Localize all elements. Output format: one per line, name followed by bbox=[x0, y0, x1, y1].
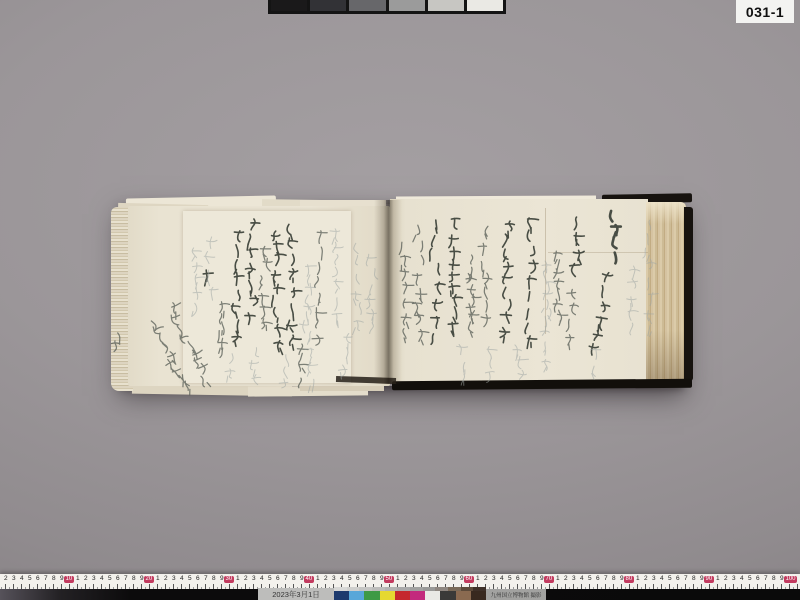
credit-text: 九州国立博物館 撮影 bbox=[490, 591, 541, 599]
grayscale-calibration-bar bbox=[268, 0, 506, 14]
color-patch bbox=[349, 591, 364, 600]
ruler-cm-number: 6 bbox=[676, 575, 680, 582]
ruler-cm-number: 2 bbox=[724, 575, 728, 582]
ruler-cm-number: 5 bbox=[668, 575, 672, 582]
ruler-cm-number: 6 bbox=[276, 575, 280, 582]
ruler-cm-number: 2 bbox=[484, 575, 488, 582]
ruler-cm-number: 1 bbox=[76, 575, 80, 582]
ruler-cm-number: 5 bbox=[348, 575, 352, 582]
book-fore-edge bbox=[646, 202, 686, 385]
pasted-slip-seam bbox=[545, 208, 546, 334]
ruler-cm-number: 1 bbox=[636, 575, 640, 582]
ruler-cm-number: 5 bbox=[188, 575, 192, 582]
pasted-slip-seam bbox=[548, 252, 648, 253]
ruler-cm-number: 4 bbox=[20, 575, 24, 582]
ruler-cm-number: 8 bbox=[772, 575, 776, 582]
color-patch bbox=[425, 591, 440, 600]
ruler-ten-label: 10 bbox=[64, 576, 74, 583]
color-patch bbox=[334, 591, 349, 600]
ruler-cm-number: 1 bbox=[396, 575, 400, 582]
ruler-cm-number: 6 bbox=[756, 575, 760, 582]
ruler-cm-number: 4 bbox=[260, 575, 264, 582]
ruler-cm-number: 8 bbox=[532, 575, 536, 582]
ruler-cm-number: 4 bbox=[500, 575, 504, 582]
ruler-cm-number: 5 bbox=[28, 575, 32, 582]
ruler-cm-number: 8 bbox=[612, 575, 616, 582]
ruler-cm-number: 3 bbox=[492, 575, 496, 582]
ruler-cm-number: 2 bbox=[404, 575, 408, 582]
grayscale-patch bbox=[428, 0, 464, 11]
ruler-ten-label: 90 bbox=[704, 576, 714, 583]
ruler-cm-number: 2 bbox=[164, 575, 168, 582]
ruler-ten-label: 100 bbox=[784, 576, 797, 583]
ruler-ten-label: 20 bbox=[144, 576, 154, 583]
ruler-cm-number: 5 bbox=[508, 575, 512, 582]
ruler-cm-number: 6 bbox=[36, 575, 40, 582]
ruler-cm-number: 8 bbox=[212, 575, 216, 582]
ruler-cm-number: 4 bbox=[180, 575, 184, 582]
ruler-cm-number: 5 bbox=[268, 575, 272, 582]
grayscale-patch bbox=[389, 0, 425, 11]
ruler-ten-label: 40 bbox=[304, 576, 314, 583]
color-patch bbox=[440, 591, 455, 600]
ruler-cm-number: 3 bbox=[732, 575, 736, 582]
color-patch bbox=[471, 591, 486, 600]
ruler-cm-number: 1 bbox=[556, 575, 560, 582]
ruler-cm-number: 7 bbox=[684, 575, 688, 582]
date-stamp: 2023年3月1日 bbox=[258, 588, 334, 600]
ruler-cm-number: 8 bbox=[292, 575, 296, 582]
ruler-cm-number: 5 bbox=[428, 575, 432, 582]
museum-credit-stamp: 九州国立博物館 撮影 bbox=[486, 589, 546, 600]
ruler-cm-number: 4 bbox=[420, 575, 424, 582]
grayscale-patch bbox=[467, 0, 503, 11]
color-calibration-chart bbox=[334, 587, 486, 600]
ruler-cm-number: 8 bbox=[372, 575, 376, 582]
book-cover-bottom-edge bbox=[392, 379, 692, 391]
ruler-cm-number: 7 bbox=[284, 575, 288, 582]
ruler-cm-number: 7 bbox=[764, 575, 768, 582]
date-text: 2023年3月1日 bbox=[272, 589, 320, 600]
ruler-cm-number: 6 bbox=[596, 575, 600, 582]
right-page bbox=[390, 199, 648, 383]
ruler-cm-number: 5 bbox=[108, 575, 112, 582]
ruler-cm-number: 3 bbox=[332, 575, 336, 582]
ruler-cm-number: 1 bbox=[716, 575, 720, 582]
ruler-cm-number: 6 bbox=[356, 575, 360, 582]
ruler-cm-number: 6 bbox=[436, 575, 440, 582]
ruler-cm-number: 3 bbox=[252, 575, 256, 582]
photo-number-text: 031-1 bbox=[746, 4, 784, 20]
ruler-cm-number: 6 bbox=[196, 575, 200, 582]
book-cover-right-edge bbox=[684, 207, 693, 381]
ruler-cm-number: 4 bbox=[580, 575, 584, 582]
ruler-cm-number: 5 bbox=[748, 575, 752, 582]
left-page-pasted-slip bbox=[183, 211, 351, 383]
grayscale-patch bbox=[310, 0, 346, 11]
ruler-cm-number: 1 bbox=[316, 575, 320, 582]
ruler-ten-label: 80 bbox=[624, 576, 634, 583]
ruler-cm-number: 1 bbox=[476, 575, 480, 582]
ruler-cm-number: 2 bbox=[84, 575, 88, 582]
color-patch bbox=[364, 591, 379, 600]
ruler-cm-number: 7 bbox=[44, 575, 48, 582]
ruler-cm-number: 3 bbox=[12, 575, 16, 582]
ruler-cm-number: 3 bbox=[572, 575, 576, 582]
color-patch bbox=[410, 591, 425, 600]
ruler-cm-number: 8 bbox=[132, 575, 136, 582]
ruler-cm-number: 7 bbox=[364, 575, 368, 582]
ruler-ten-label: 70 bbox=[544, 576, 554, 583]
ruler-cm-number: 3 bbox=[412, 575, 416, 582]
ruler-cm-number: 1 bbox=[156, 575, 160, 582]
ruler-cm-number: 4 bbox=[100, 575, 104, 582]
ruler-cm-number: 3 bbox=[172, 575, 176, 582]
ruler-cm-number: 7 bbox=[204, 575, 208, 582]
ruler-cm-number: 8 bbox=[452, 575, 456, 582]
ruler-cm-number: 4 bbox=[660, 575, 664, 582]
ruler-cm-number: 2 bbox=[644, 575, 648, 582]
color-patch bbox=[395, 591, 410, 600]
ruler-cm-number: 2 bbox=[324, 575, 328, 582]
color-patch bbox=[456, 591, 471, 600]
ruler-cm-number: 1 bbox=[236, 575, 240, 582]
ruler-ten-label: 30 bbox=[224, 576, 234, 583]
ruler-cm-number: 5 bbox=[588, 575, 592, 582]
ruler-cm-number: 6 bbox=[116, 575, 120, 582]
ruler-cm-number: 2 bbox=[564, 575, 568, 582]
ruler-cm-number: 2 bbox=[244, 575, 248, 582]
ruler-ten-label: 60 bbox=[464, 576, 474, 583]
ruler-cm-number: 2 bbox=[4, 575, 8, 582]
ruler-cm-number: 8 bbox=[52, 575, 56, 582]
photo-number-label: 031-1 bbox=[736, 0, 794, 23]
color-chart-color-row bbox=[334, 591, 486, 600]
ruler-cm-number: 7 bbox=[604, 575, 608, 582]
ruler-cm-number: 4 bbox=[340, 575, 344, 582]
ruler-cm-number: 7 bbox=[524, 575, 528, 582]
archival-photo-scene: 031-1 2345678910123456789201234567893012… bbox=[0, 0, 800, 600]
color-patch bbox=[380, 591, 395, 600]
ruler-cm-number: 4 bbox=[740, 575, 744, 582]
grayscale-patch bbox=[349, 0, 385, 11]
ruler-cm-number: 7 bbox=[444, 575, 448, 582]
ruler-cm-number: 6 bbox=[516, 575, 520, 582]
ruler-cm-number: 3 bbox=[652, 575, 656, 582]
ruler-cm-number: 7 bbox=[124, 575, 128, 582]
ruler-ten-label: 50 bbox=[384, 576, 394, 583]
book-gutter-shadow bbox=[374, 200, 402, 384]
grayscale-patch bbox=[271, 0, 307, 11]
ruler-cm-number: 8 bbox=[692, 575, 696, 582]
ruler-cm-number: 3 bbox=[92, 575, 96, 582]
